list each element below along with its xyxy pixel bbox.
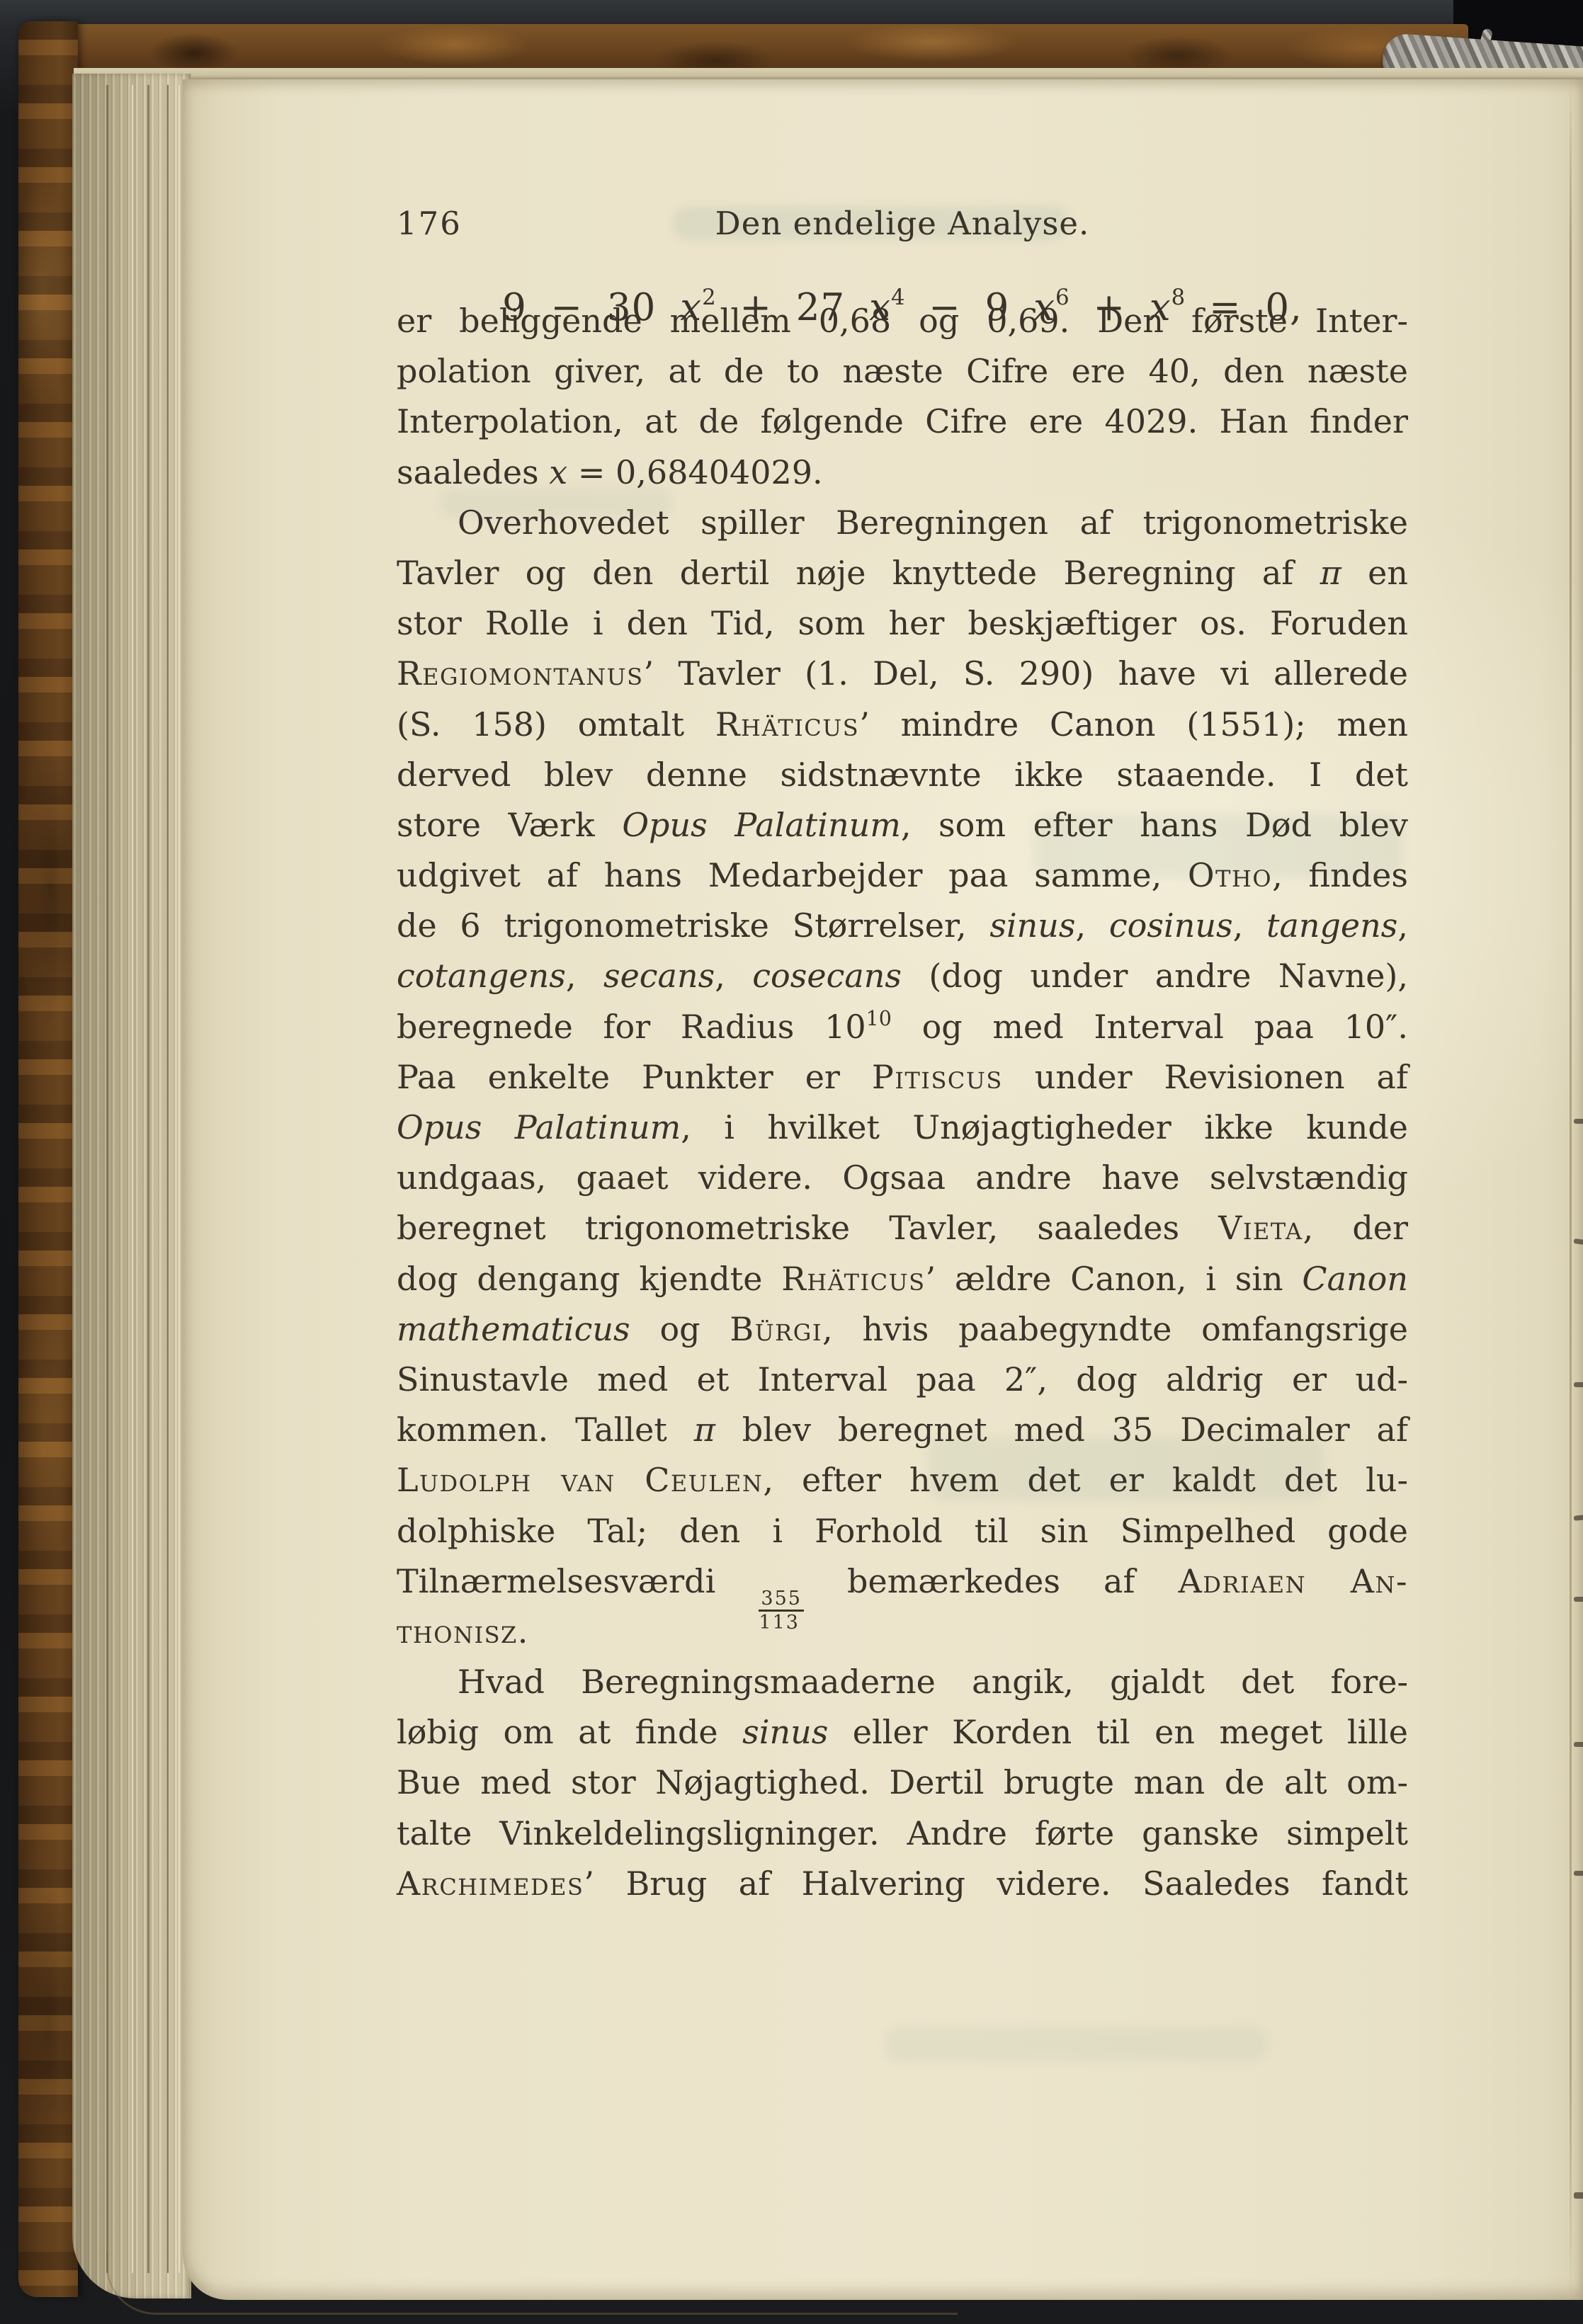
facing-page-ink-mark [1574,1515,1583,1521]
text-line: Overhovedet spiller Beregningen af trigo… [397,498,1408,548]
text-line: mathematicus og Bürgi, hvis paabegyndte … [397,1304,1408,1355]
text-line: Paa enkelte Punkter er Pitiscus under Re… [397,1052,1408,1103]
text-line: løbig om at finde sinus eller Korden til… [397,1707,1408,1758]
text-line: store Værk Opus Palatinum, som efter han… [397,800,1408,850]
page-edge-line [147,85,149,2273]
page-bottom-edges [106,2252,958,2315]
page-header: 176 Den endelige Analyse. [397,204,1408,244]
text-line: dolphiske Tal; den i Forhold til sin Sim… [397,1506,1408,1556]
facing-page-ink-mark [1574,1597,1583,1602]
text-line: udgivet af hans Medarbejder paa samme, O… [397,850,1408,901]
text-line: undgaas, gaaet videre. Ogsaa andre have … [397,1153,1408,1203]
text-line: Hvad Beregningsmaaderne angik, gjaldt de… [397,1657,1408,1707]
show-through-stain [885,2027,1268,2062]
text-line: Sinustavle med et Interval paa 2″, dog a… [397,1355,1408,1405]
page-edge-line [178,85,180,2273]
text-line: beregnet trigonometriske Tavler, saalede… [397,1203,1408,1253]
fraction-355-113: 355113 [759,1588,804,1633]
book-cover-leather-spine [18,21,78,2297]
page-edge-line [132,85,133,2273]
text-line: saaledes x = 0,68404029. [397,448,1408,498]
page-edge-line [106,85,108,2273]
facing-page-ink-mark [1574,1742,1583,1747]
text-line: polation giver, at de to næste Cifre ere… [397,346,1408,397]
gutter-crease [1570,79,1572,2300]
running-header: Den endelige Analyse. [397,204,1408,244]
text-line: Ludolph van Ceulen, efter hvem det er ka… [397,1455,1408,1505]
text-line: Interpolation, at de følgende Cifre ere … [397,397,1408,447]
text-line: Tavler og den dertil nøje knyttede Bereg… [397,548,1408,598]
text-line: Archimedes’ Brug af Halvering videre. Sa… [397,1859,1408,1909]
text-line: derved blev denne sidstnævnte ikke staae… [397,750,1408,800]
text-line: Regiomontanus’ Tavler (1. Del, S. 290) h… [397,649,1408,699]
text-line: de 6 trigonometriske Størrelser, sinus, … [397,901,1408,951]
page-edge-line [167,85,169,2273]
text-line: thonisz. [397,1607,1408,1657]
text-line: beregnede for Radius 1010 og med Interva… [397,1002,1408,1052]
facing-page-ink-mark [1574,1119,1583,1124]
text-line: stor Rolle i den Tid, som her beskjæftig… [397,598,1408,649]
text-line: Bue med stor Nøjagtighed. Dertil brugte … [397,1758,1408,1808]
text-line: cotangens, secans, cosecans (dog under a… [397,951,1408,1001]
text-line: talte Vinkeldelingsligninger. Andre ført… [397,1808,1408,1859]
facing-page-ink-mark [1574,1871,1583,1876]
text-line: dog dengang kjendte Rhäticus’ ældre Cano… [397,1254,1408,1304]
book-page-photo: { "book": { "page_number": "176", "runni… [0,0,1583,2324]
text-line: Opus Palatinum, i hvilket Unøjagtigheder… [397,1103,1408,1153]
text-line: (S. 158) omtalt Rhäticus’ mindre Canon (… [397,700,1408,750]
text-line: Tilnærmelsesværdi 355113 bemærkedes af A… [397,1556,1408,1607]
facing-page-ink-mark [1574,1382,1583,1387]
page-number: 176 [397,204,462,244]
body-text: er beliggende mellem 0,68 og 0,69. Den f… [397,296,1408,1909]
text-line: er beliggende mellem 0,68 og 0,69. Den f… [397,296,1408,346]
text-line: kommen. Tallet π blev beregnet med 35 De… [397,1405,1408,1455]
facing-page-ink-mark [1574,2192,1583,2199]
